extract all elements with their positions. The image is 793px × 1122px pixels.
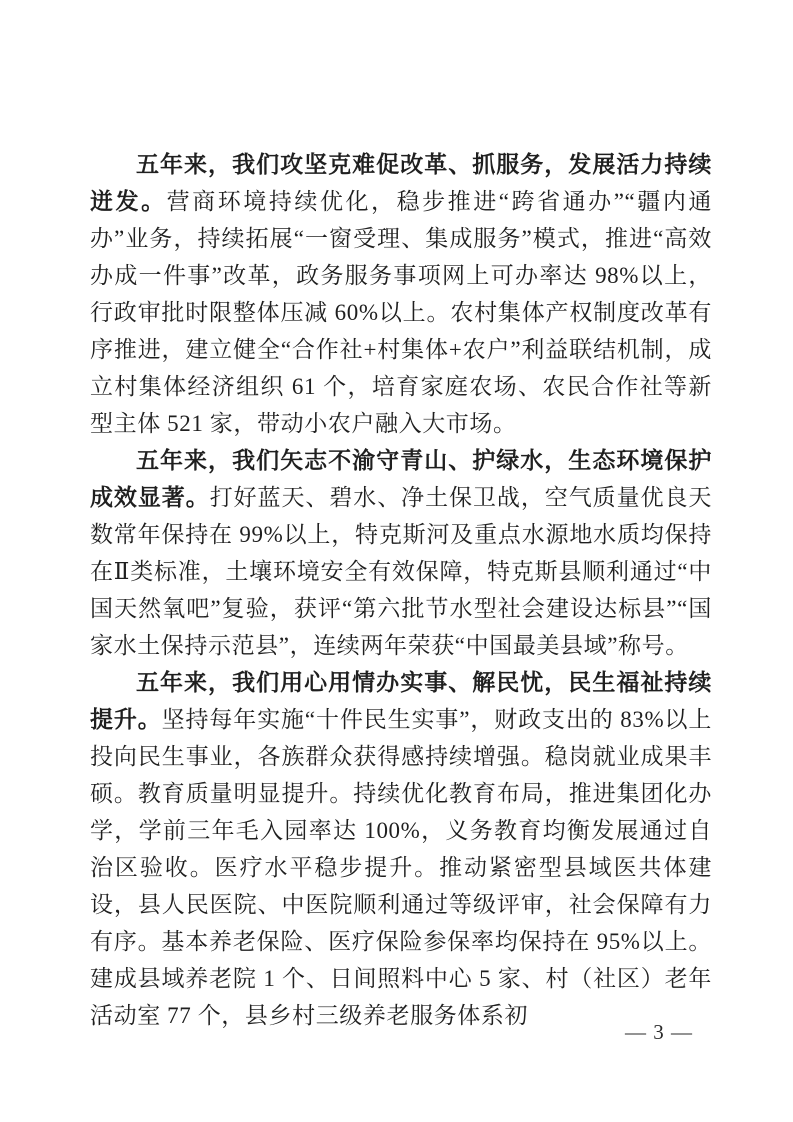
paragraph-reform-services: 五年来，我们攻坚克难促改革、抓服务，发展活力持续迸发。营商环境持续优化，稳步推进… xyxy=(90,146,712,442)
paragraph-ecology-environment: 五年来，我们矢志不渝守青山、护绿水，生态环境保护成效显著。打好蓝天、碧水、净土保… xyxy=(90,442,712,664)
page-number: — 3 — xyxy=(625,1020,693,1044)
paragraph-livelihood-welfare: 五年来，我们用心用情办实事、解民忧，民生福祉持续提升。坚持每年实施“十件民生实事… xyxy=(90,664,712,1034)
document-page: 五年来，我们攻坚克难促改革、抓服务，发展活力持续迸发。营商环境持续优化，稳步推进… xyxy=(0,0,793,1122)
document-body: 五年来，我们攻坚克难促改革、抓服务，发展活力持续迸发。营商环境持续优化，稳步推进… xyxy=(90,146,712,1034)
page-number-text: — 3 — xyxy=(625,1020,693,1044)
paragraph-body-text: 坚持每年实施“十件民生实事”，财政支出的 83%以上投向民生事业，各族群众获得感… xyxy=(90,707,712,1028)
paragraph-body-text: 打好蓝天、碧水、净土保卫战，空气质量优良天数常年保持在 99%以上，特克斯河及重… xyxy=(90,485,712,658)
paragraph-body-text: 营商环境持续优化，稳步推进“跨省通办”“疆内通办”业务，持续拓展“一窗受理、集成… xyxy=(90,189,712,436)
